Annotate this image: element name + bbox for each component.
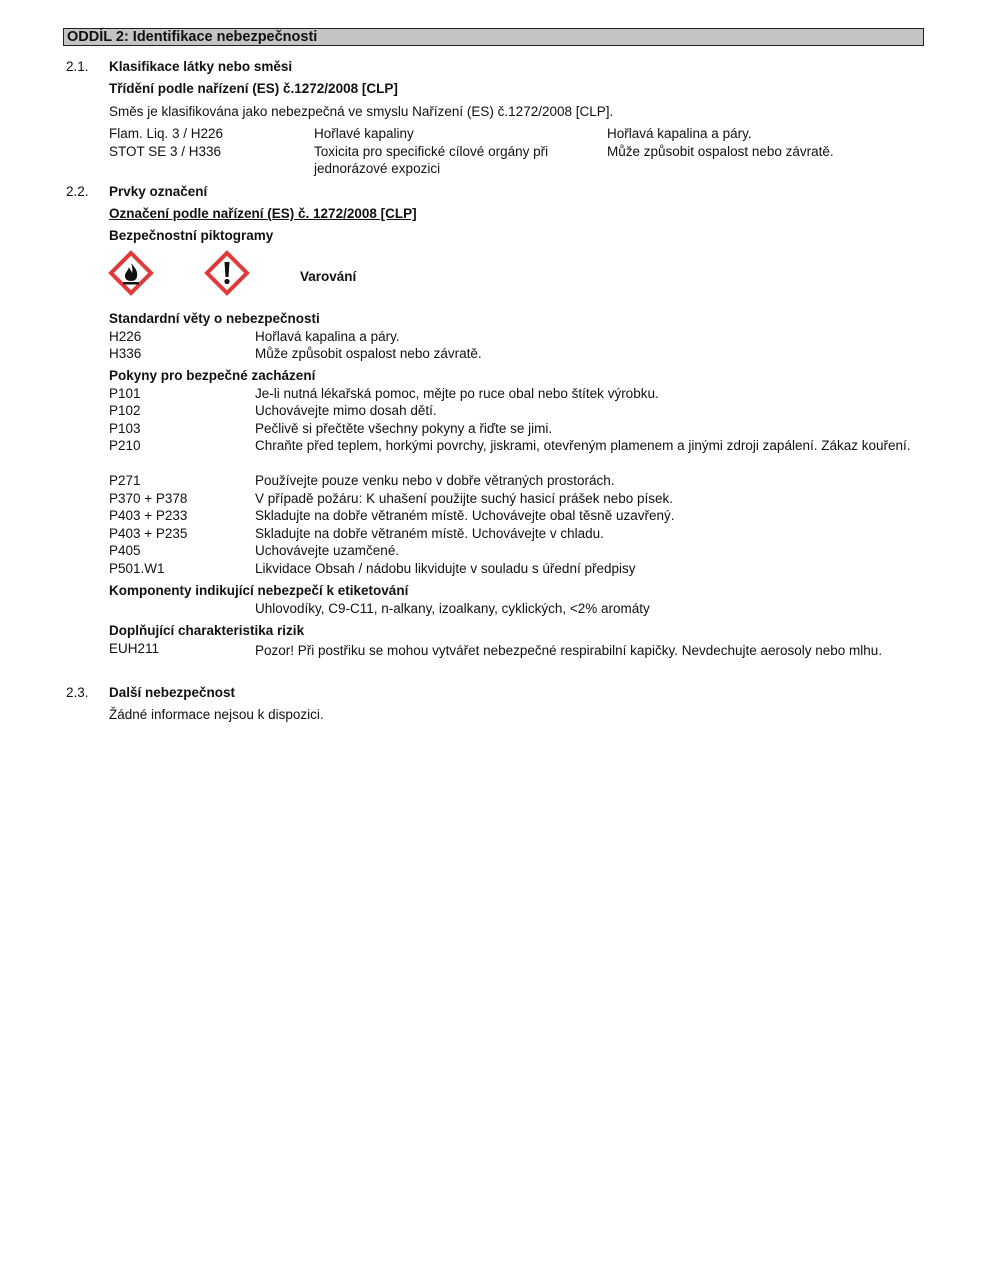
h-text: Může způsobit ospalost nebo závratě. bbox=[255, 345, 482, 362]
p-code: P101 bbox=[109, 385, 141, 402]
class-category: Hořlavé kapaliny bbox=[314, 125, 414, 142]
components-title: Komponenty indikující nebezpečí k etiket… bbox=[109, 582, 408, 599]
supp-text: Pozor! Při postřiku se mohou vytvářet ne… bbox=[255, 640, 915, 661]
exclamation-icon bbox=[204, 250, 250, 296]
hazard-statements-title: Standardní věty o nebezpečnosti bbox=[109, 310, 320, 327]
components-text: Uhlovodíky, C9-C11, n-alkany, izoalkany,… bbox=[255, 600, 650, 617]
p-code: P501.W1 bbox=[109, 560, 165, 577]
flame-icon bbox=[108, 250, 154, 296]
section-number-2-2: 2.2. bbox=[66, 183, 89, 200]
h-code: H226 bbox=[109, 328, 141, 345]
p-text: Používejte pouze venku nebo v dobře větr… bbox=[255, 472, 614, 489]
section-number-2-3: 2.3. bbox=[66, 684, 89, 701]
precautionary-title: Pokyny pro bezpečné zacházení bbox=[109, 367, 315, 384]
pictograms-label: Bezpečnostní piktogramy bbox=[109, 227, 273, 244]
class-category: Toxicita pro specifické cílové orgány př… bbox=[314, 143, 584, 177]
p-text: Pečlivě si přečtěte všechny pokyny a řiď… bbox=[255, 420, 552, 437]
p-text: Chraňte před teplem, horkými povrchy, ji… bbox=[255, 437, 915, 454]
class-code: Flam. Liq. 3 / H226 bbox=[109, 125, 223, 142]
p-text: Skladujte na dobře větraném místě. Uchov… bbox=[255, 507, 674, 524]
supp-code: EUH211 bbox=[109, 640, 159, 657]
section-number-2-1: 2.1. bbox=[66, 58, 89, 75]
p-code: P405 bbox=[109, 542, 141, 559]
other-hazards-text: Žádné informace nejsou k dispozici. bbox=[109, 706, 324, 723]
classification-subtitle: Třídění podle nařízení (ES) č.1272/2008 … bbox=[109, 80, 398, 97]
p-text: Je-li nutná lékařská pomoc, mějte po ruc… bbox=[255, 385, 659, 402]
p-code: P271 bbox=[109, 472, 141, 489]
signal-word: Varování bbox=[300, 268, 356, 285]
h-code: H336 bbox=[109, 345, 141, 362]
p-text: Uchovávejte uzamčené. bbox=[255, 542, 399, 559]
p-text: V případě požáru: K uhašení použijte suc… bbox=[255, 490, 673, 507]
p-text: Skladujte na dobře větraném místě. Uchov… bbox=[255, 525, 604, 542]
p-code: P102 bbox=[109, 402, 141, 419]
p-text: Uchovávejte mimo dosah dětí. bbox=[255, 402, 437, 419]
labelling-subtitle: Označení podle nařízení (ES) č. 1272/200… bbox=[109, 205, 417, 222]
p-text: Likvidace Obsah / nádobu likvidujte v so… bbox=[255, 560, 635, 577]
supplemental-title: Doplňující charakteristika rizik bbox=[109, 622, 304, 639]
p-code: P103 bbox=[109, 420, 141, 437]
section-title-2-3: Další nebezpečnost bbox=[109, 684, 235, 701]
p-code: P403 + P235 bbox=[109, 525, 187, 542]
section-header: ODDÍL 2: Identifikace nebezpečnosti bbox=[63, 28, 924, 46]
classification-text: Směs je klasifikována jako nebezpečná ve… bbox=[109, 103, 613, 120]
p-code: P210 bbox=[109, 437, 141, 454]
class-statement: Může způsobit ospalost nebo závratě. bbox=[607, 143, 834, 160]
section-title-2-2: Prvky označení bbox=[109, 183, 207, 200]
class-code: STOT SE 3 / H336 bbox=[109, 143, 221, 160]
p-code: P403 + P233 bbox=[109, 507, 187, 524]
class-statement: Hořlavá kapalina a páry. bbox=[607, 125, 752, 142]
p-code: P370 + P378 bbox=[109, 490, 187, 507]
h-text: Hořlavá kapalina a páry. bbox=[255, 328, 400, 345]
section-title-2-1: Klasifikace látky nebo směsi bbox=[109, 58, 292, 75]
